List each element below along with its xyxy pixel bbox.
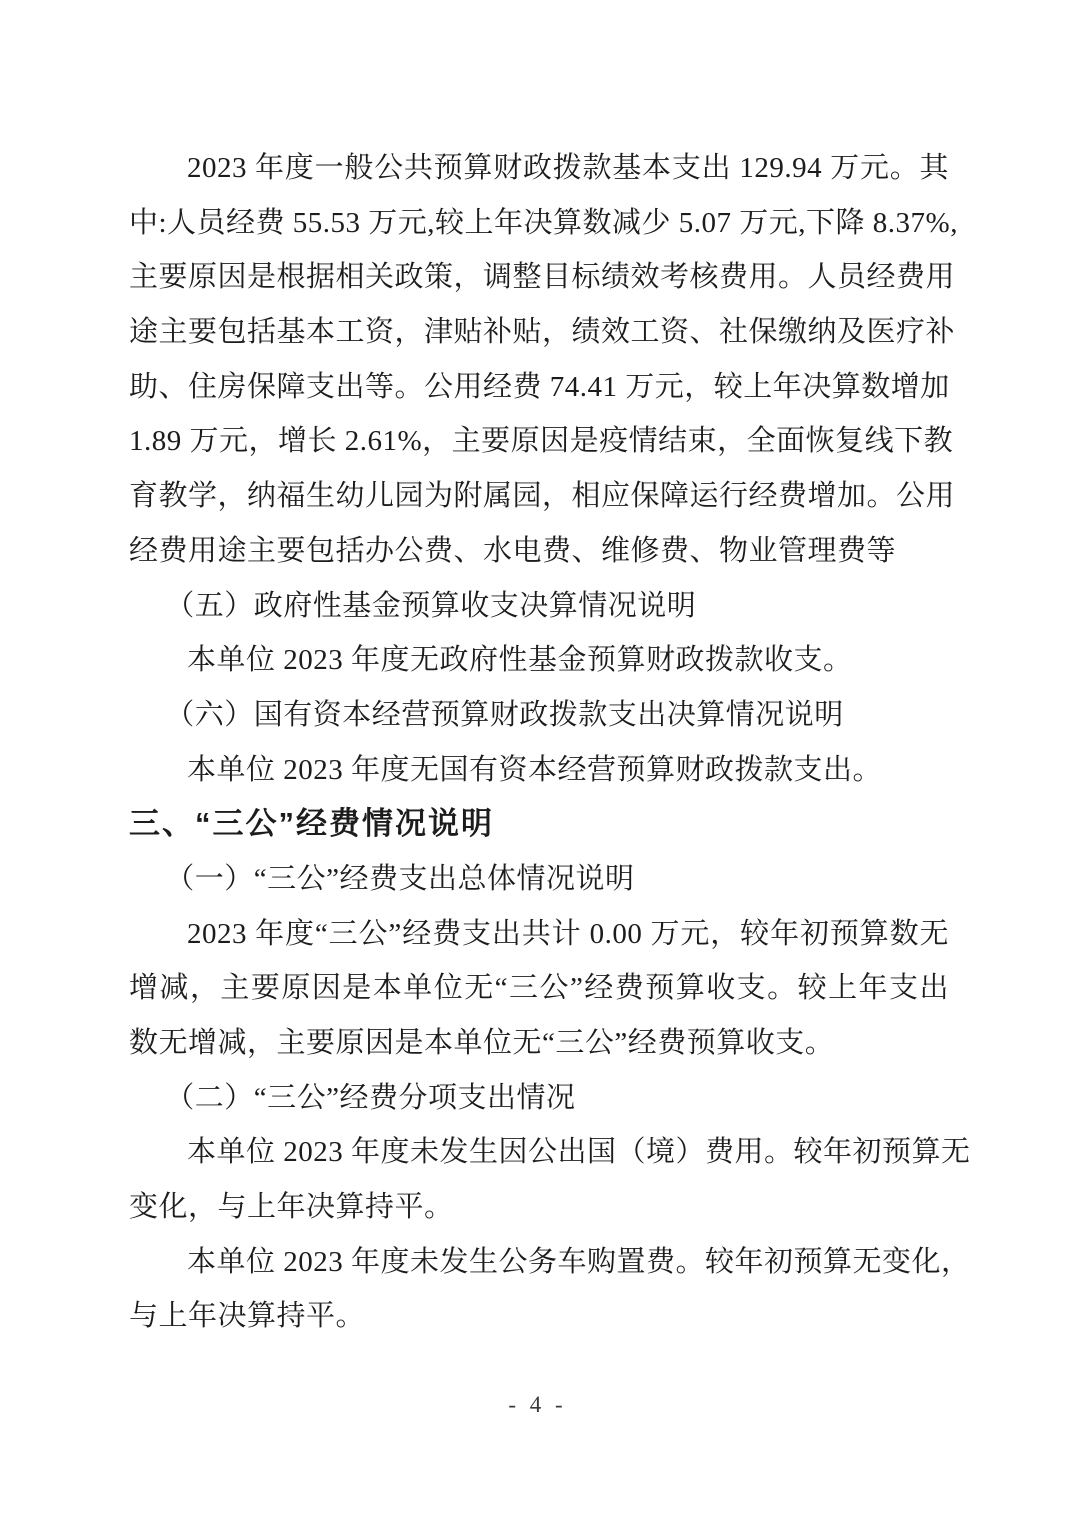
heading-three-public-expenses: 三、“三公”经费情况说明 — [129, 797, 949, 852]
text-line: 本单位 2023 年度未发生公务车购置费。较年初预算无变化， — [129, 1235, 949, 1290]
para-no-state-capital-budget: 本单位 2023 年度无国有资本经营预算财政拨款支出。 — [129, 743, 949, 798]
text-line: 助、住房保障支出等。公用经费 74.41 万元，较上年决算数增加 — [129, 360, 949, 415]
text-line: 与上年决算持平。 — [129, 1289, 949, 1344]
text-line: 育教学，纳福生幼儿园为附属园，相应保障运行经费增加。公用 — [129, 469, 949, 524]
text-line: 三、“三公”经费情况说明 — [129, 797, 949, 852]
document-page: 2023 年度一般公共预算财政拨款基本支出 129.94 万元。其中:人员经费 … — [0, 0, 1075, 1520]
text-line: 本单位 2023 年度无国有资本经营预算财政拨款支出。 — [129, 743, 949, 798]
text-line: 本单位 2023 年度未发生因公出国（境）费用。较年初预算无 — [129, 1125, 949, 1180]
para-no-abroad-expense: 本单位 2023 年度未发生因公出国（境）费用。较年初预算无变化，与上年决算持平… — [129, 1125, 949, 1234]
text-line: （二）“三公”经费分项支出情况 — [129, 1071, 949, 1126]
document-content: 2023 年度一般公共预算财政拨款基本支出 129.94 万元。其中:人员经费 … — [129, 141, 949, 1344]
text-line: 1.89 万元，增长 2.61%，主要原因是疫情结束，全面恢复线下教 — [129, 414, 949, 469]
text-line: 变化，与上年决算持平。 — [129, 1180, 949, 1235]
heading-section-five-gov-fund: （五）政府性基金预算收支决算情况说明 — [129, 579, 949, 634]
text-line: 增减，主要原因是本单位无“三公”经费预算收支。较上年支出 — [129, 961, 949, 1016]
text-line: 2023 年度“三公”经费支出共计 0.00 万元，较年初预算数无 — [129, 907, 949, 962]
heading-section-six-state-capital: （六）国有资本经营预算财政拨款支出决算情况说明 — [129, 688, 949, 743]
text-line: 途主要包括基本工资，津贴补贴，绩效工资、社保缴纳及医疗补 — [129, 305, 949, 360]
text-line: （一）“三公”经费支出总体情况说明 — [129, 852, 949, 907]
page-number: - 4 - — [0, 1392, 1075, 1418]
text-line: 主要原因是根据相关政策，调整目标绩效考核费用。人员经费用 — [129, 250, 949, 305]
text-line: （五）政府性基金预算收支决算情况说明 — [129, 579, 949, 634]
text-line: 数无增减，主要原因是本单位无“三公”经费预算收支。 — [129, 1016, 949, 1071]
para-no-gov-fund-budget: 本单位 2023 年度无政府性基金预算财政拨款收支。 — [129, 633, 949, 688]
para-general-budget-basic-expenditure: 2023 年度一般公共预算财政拨款基本支出 129.94 万元。其中:人员经费 … — [129, 141, 949, 579]
text-line: （六）国有资本经营预算财政拨款支出决算情况说明 — [129, 688, 949, 743]
para-no-vehicle-purchase: 本单位 2023 年度未发生公务车购置费。较年初预算无变化，与上年决算持平。 — [129, 1235, 949, 1344]
text-line: 中:人员经费 55.53 万元,较上年决算数减少 5.07 万元,下降 8.37… — [129, 196, 949, 251]
text-line: 2023 年度一般公共预算财政拨款基本支出 129.94 万元。其 — [129, 141, 949, 196]
heading-subsection-two-itemized: （二）“三公”经费分项支出情况 — [129, 1071, 949, 1126]
text-line: 本单位 2023 年度无政府性基金预算财政拨款收支。 — [129, 633, 949, 688]
heading-subsection-one-overall: （一）“三公”经费支出总体情况说明 — [129, 852, 949, 907]
text-line: 经费用途主要包括办公费、水电费、维修费、物业管理费等 — [129, 524, 949, 579]
para-three-public-total: 2023 年度“三公”经费支出共计 0.00 万元，较年初预算数无增减，主要原因… — [129, 907, 949, 1071]
